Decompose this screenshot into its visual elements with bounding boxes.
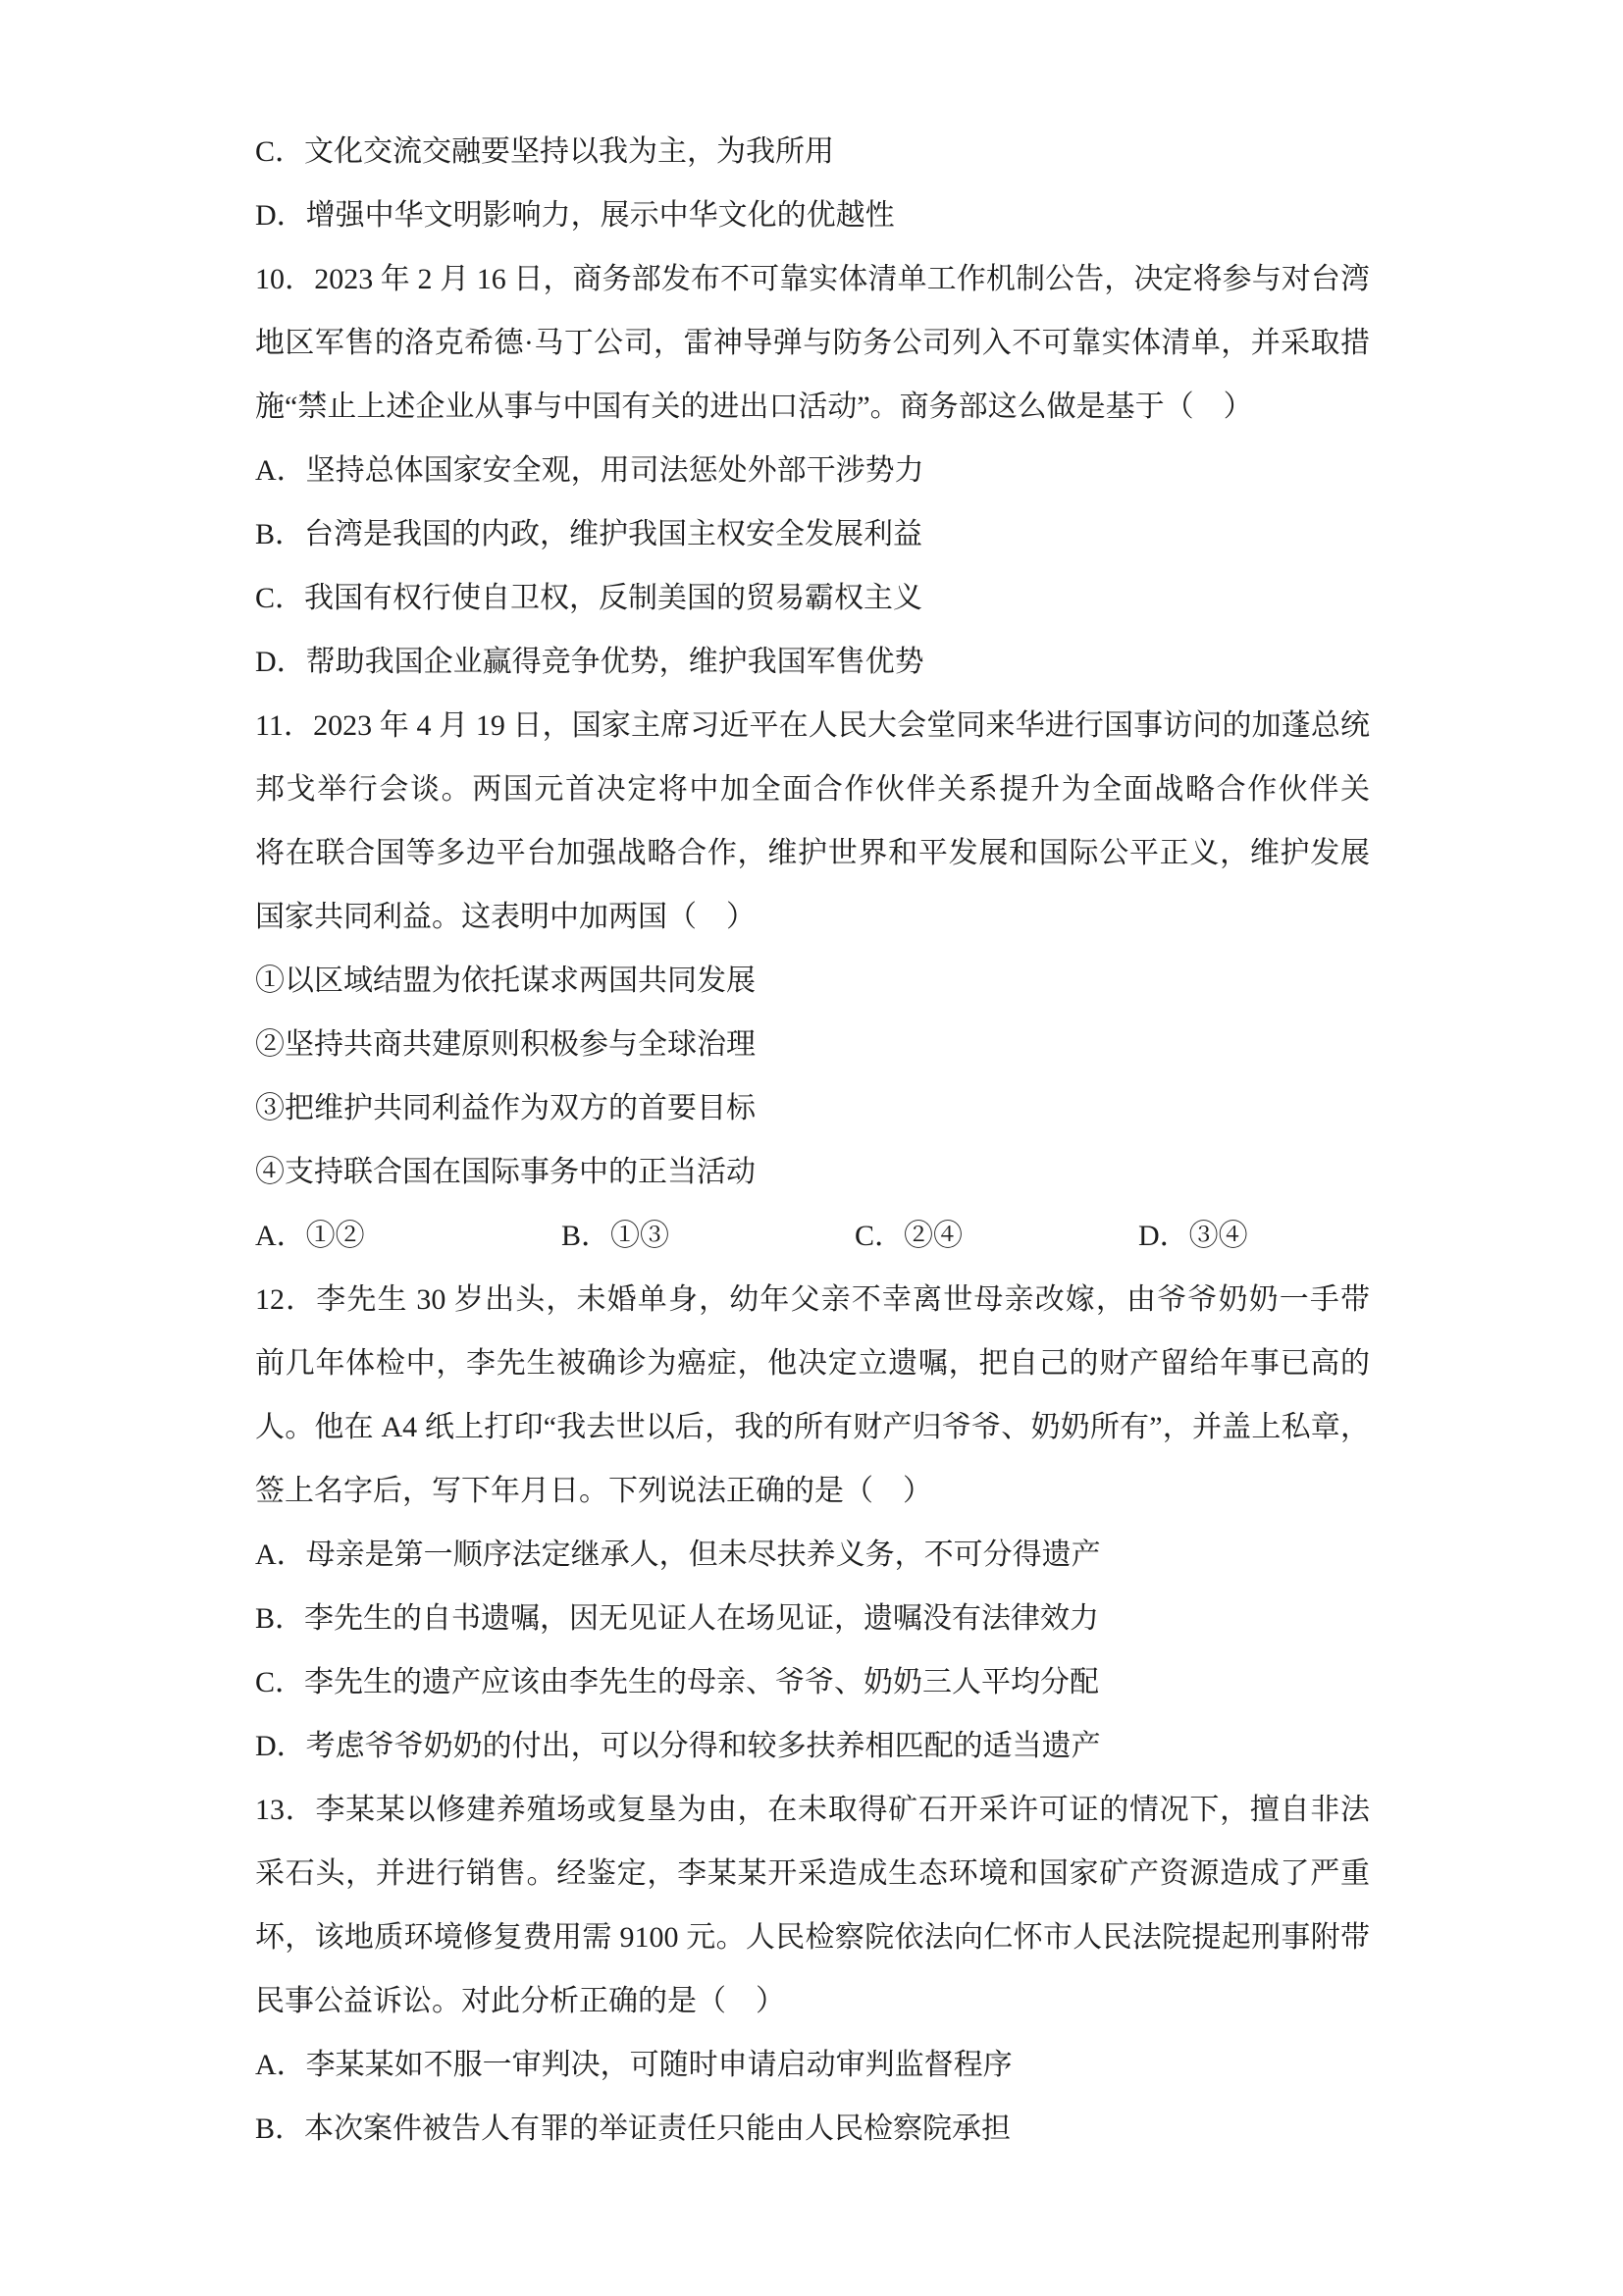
question-11-choice-c: C．②④ — [855, 1204, 963, 1268]
question-10-option-d: D．帮助我国企业赢得竞争优势，维护我国军售优势 — [255, 630, 1370, 694]
question-13-stem-line-4: 民事公益诉讼。对此分析正确的是（ ） — [255, 1969, 1370, 2033]
question-11-stem-line-4: 国家共同利益。这表明中加两国（ ） — [255, 885, 1370, 949]
question-12-stem-line-1: 12．李先生 30 岁出头，未婚单身，幼年父亲不幸离世母亲改嫁，由爷爷奶奶一手带… — [255, 1268, 1370, 1331]
question-11-choice-d: D．③④ — [1138, 1204, 1248, 1268]
question-9-option-c: C．文化交流交融要坚持以我为主，为我所用 — [255, 120, 1370, 183]
question-12-stem-line-3: 人。他在 A4 纸上打印“我去世以后，我的所有财产归爷爷、奶奶所有”，并盖上私章… — [255, 1395, 1370, 1459]
question-11-answer-row: A．①② B．①③ C．②④ D．③④ — [255, 1204, 1370, 1268]
question-13-stem-line-1: 13．李某某以修建养殖场或复垦为由，在未取得矿石开采许可证的情况下，擅自非法开 — [255, 1778, 1370, 1842]
question-10-stem-line-3: 施“禁止上述企业从事与中国有关的进出口活动”。商务部这么做是基于（ ） — [255, 375, 1370, 439]
exam-paper-page: C．文化交流交融要坚持以我为主，为我所用 D．增强中华文明影响力，展示中华文化的… — [0, 0, 1623, 2296]
question-13-option-a: A．李某某如不服一审判决，可随时申请启动审判监督程序 — [255, 2033, 1370, 2097]
question-12-option-b: B．李先生的自书遗嘱，因无见证人在场见证，遗嘱没有法律效力 — [255, 1587, 1370, 1650]
question-11-stem-line-3: 将在联合国等多边平台加强战略合作，维护世界和平发展和国际公平正义，维护发展中 — [255, 821, 1370, 885]
question-10-option-b: B．台湾是我国的内政，维护我国主权安全发展利益 — [255, 502, 1370, 566]
question-11-item-1: ①以区域结盟为依托谋求两国共同发展 — [255, 949, 1370, 1013]
question-11-stem-line-1: 11．2023 年 4 月 19 日，国家主席习近平在人民大会堂同来华进行国事访… — [255, 694, 1370, 757]
question-13-option-b: B．本次案件被告人有罪的举证责任只能由人民检察院承担 — [255, 2097, 1370, 2161]
question-12-option-a: A．母亲是第一顺序法定继承人，但未尽扶养义务，不可分得遗产 — [255, 1523, 1370, 1587]
question-10-option-a: A．坚持总体国家安全观，用司法惩处外部干涉势力 — [255, 439, 1370, 502]
question-10-stem-line-1: 10．2023 年 2 月 16 日，商务部发布不可靠实体清单工作机制公告，决定… — [255, 247, 1370, 311]
question-11-choice-a: A．①② — [255, 1204, 365, 1268]
question-11-item-4: ④支持联合国在国际事务中的正当活动 — [255, 1140, 1370, 1204]
question-13-stem-line-2: 采石头，并进行销售。经鉴定，李某某开采造成生态环境和国家矿产资源造成了严重破 — [255, 1842, 1370, 1905]
question-13-stem-line-3: 坏，该地质环境修复费用需 9100 元。人民检察院依法向仁怀市人民法院提起刑事附… — [255, 1905, 1370, 1969]
question-11-item-2: ②坚持共商共建原则积极参与全球治理 — [255, 1013, 1370, 1076]
question-12-option-c: C．李先生的遗产应该由李先生的母亲、爷爷、奶奶三人平均分配 — [255, 1650, 1370, 1714]
question-12-stem-line-4: 签上名字后，写下年月日。下列说法正确的是（ ） — [255, 1459, 1370, 1523]
question-12-stem-line-2: 前几年体检中，李先生被确诊为癌症，他决定立遗嘱，把自己的财产留给年事已高的老 — [255, 1331, 1370, 1395]
question-11-stem-line-2: 邦戈举行会谈。两国元首决定将中加全面合作伙伴关系提升为全面战略合作伙伴关系， — [255, 757, 1370, 821]
question-11-choice-b: B．①③ — [561, 1204, 669, 1268]
document-text-block: C．文化交流交融要坚持以我为主，为我所用 D．增强中华文明影响力，展示中华文化的… — [255, 120, 1370, 2161]
question-11-item-3: ③把维护共同利益作为双方的首要目标 — [255, 1076, 1370, 1140]
question-10-stem-line-2: 地区军售的洛克希德·马丁公司，雷神导弹与防务公司列入不可靠实体清单，并采取措 — [255, 311, 1370, 375]
question-12-option-d: D．考虑爷爷奶奶的付出，可以分得和较多扶养相匹配的适当遗产 — [255, 1714, 1370, 1778]
question-10-option-c: C．我国有权行使自卫权，反制美国的贸易霸权主义 — [255, 566, 1370, 630]
question-9-option-d: D．增强中华文明影响力，展示中华文化的优越性 — [255, 183, 1370, 247]
